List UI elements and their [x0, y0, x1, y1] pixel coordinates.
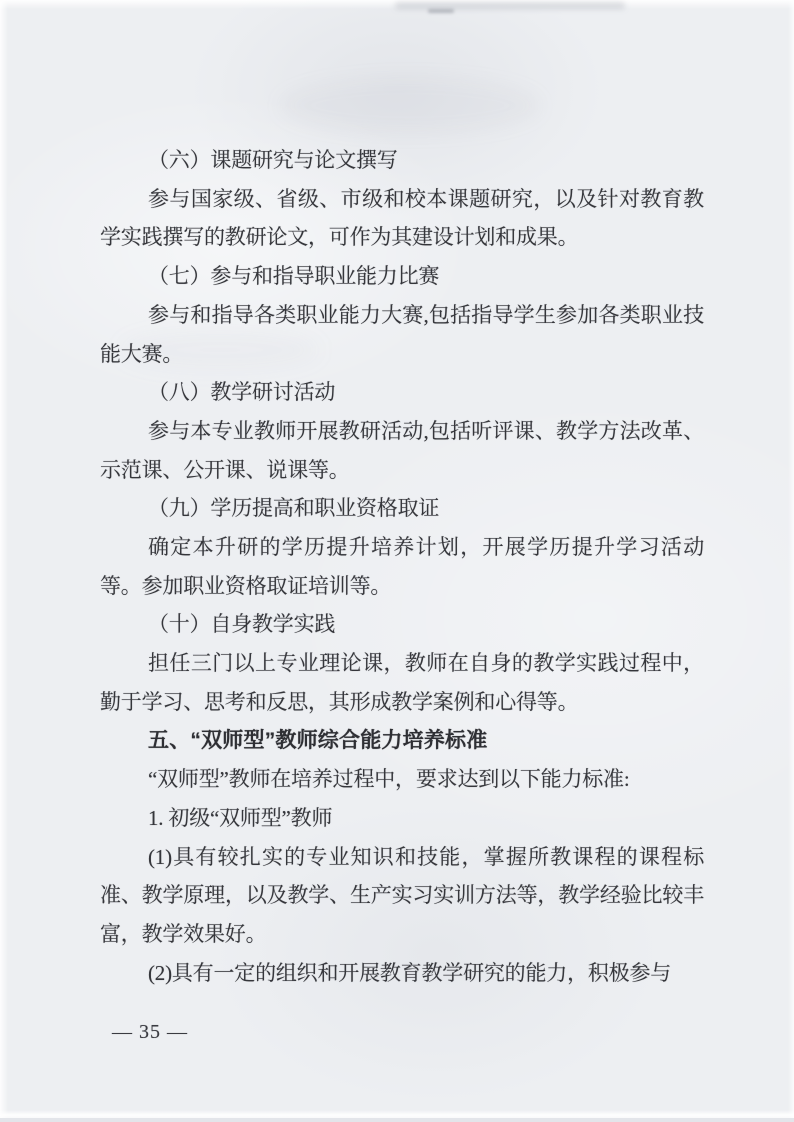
body-paragraph: “双师型”教师在培养过程中，要求达到以下能力标准: [100, 760, 704, 799]
document-body: （六）课题研究与论文撰写 参与国家级、省级、市级和校本课题研究，以及针对教育教学… [100, 141, 704, 992]
body-paragraph: 参与本专业教师开展教研活动,包括听评课、教学方法改革、示范课、公开课、说课等。 [100, 412, 704, 489]
item-heading-6: （六）课题研究与论文撰写 [100, 141, 704, 180]
body-paragraph: (2)具有一定的组织和开展教育教学研究的能力，积极参与 [100, 954, 704, 993]
body-paragraph: 参与和指导各类职业能力大赛,包括指导学生参加各类职业技能大赛。 [100, 296, 704, 373]
page-number: — 35 — [112, 1021, 188, 1044]
body-paragraph: 确定本升研的学历提升培养计划，开展学历提升学习活动等。参加职业资格取证培训等。 [100, 528, 704, 605]
item-heading-9: （九）学历提高和职业资格取证 [100, 489, 704, 528]
scan-artifact-smudge [428, 9, 454, 13]
item-heading-7: （七）参与和指导职业能力比赛 [100, 257, 704, 296]
scan-artifact-streak [395, 2, 625, 9]
scan-edge-bottom [0, 1118, 794, 1122]
section-heading-5: 五、“双师型”教师综合能力培养标准 [100, 722, 704, 761]
body-paragraph: 担任三门以上专业理论课，教师在自身的教学实践过程中，勤于学习、思考和反思，其形成… [100, 644, 704, 721]
numbered-item-1: 1. 初级“双师型”教师 [100, 799, 704, 838]
scan-edge-top [0, 0, 794, 9]
body-paragraph: 参与国家级、省级、市级和校本课题研究，以及针对教育教学实践撰写的教研论文，可作为… [100, 180, 704, 257]
scan-edge-bottom-highlight [0, 1110, 794, 1119]
scan-edge-left [0, 0, 8, 1122]
document-page: （六）课题研究与论文撰写 参与国家级、省级、市级和校本课题研究，以及针对教育教学… [0, 0, 794, 1122]
item-heading-10: （十）自身教学实践 [100, 605, 704, 644]
scan-edge-right [788, 0, 794, 1122]
scan-artifact-ghosting [280, 78, 540, 133]
item-heading-8: （八）教学研讨活动 [100, 373, 704, 412]
body-paragraph: (1)具有较扎实的专业知识和技能，掌握所教课程的课程标准、教学原理，以及教学、生… [100, 838, 704, 954]
